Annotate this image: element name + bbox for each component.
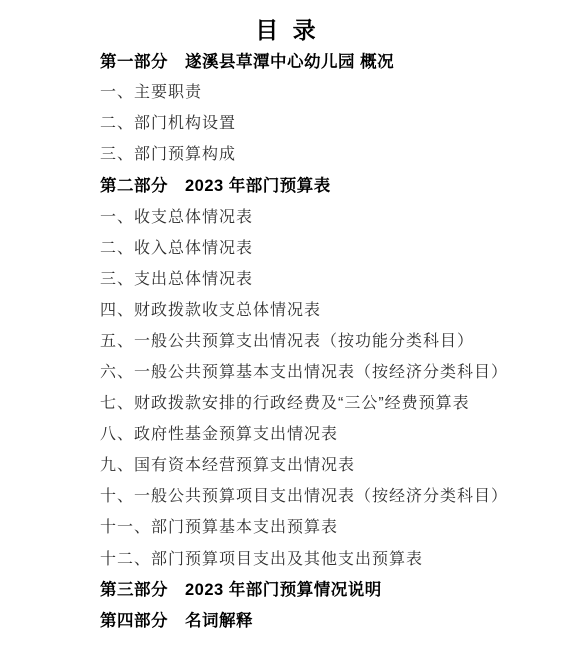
toc-item: 二、收入总体情况表: [100, 231, 555, 262]
toc-item: 十、一般公共预算项目支出情况表（按经济分类科目）: [100, 479, 555, 510]
toc-section-header: 第四部分 名词解释: [100, 604, 555, 635]
toc-item: 七、财政拨款安排的行政经费及“三公”经费预算表: [100, 386, 555, 417]
toc-item: 三、部门预算构成: [100, 137, 555, 168]
toc-item: 十二、部门预算项目支出及其他支出预算表: [100, 542, 555, 573]
toc-item: 三、支出总体情况表: [100, 262, 555, 293]
toc-item: 一、收支总体情况表: [100, 199, 555, 230]
toc-section-header: 第一部分 遂溪县草潭中心幼儿园 概况: [100, 44, 555, 75]
toc-section-header: 第三部分 2023 年部门预算情况说明: [100, 573, 555, 604]
toc-item: 六、一般公共预算基本支出情况表（按经济分类科目）: [100, 355, 555, 386]
toc-item: 五、一般公共预算支出情况表（按功能分类科目）: [100, 324, 555, 355]
document-page: 目 录 第一部分 遂溪县草潭中心幼儿园 概况一、主要职责二、部门机构设置三、部门…: [0, 0, 575, 648]
toc-item: 十一、部门预算基本支出预算表: [100, 510, 555, 541]
toc-item: 一、主要职责: [100, 75, 555, 106]
toc-item: 二、部门机构设置: [100, 106, 555, 137]
toc-section-header: 第二部分 2023 年部门预算表: [100, 168, 555, 199]
toc-item: 九、国有资本经营预算支出情况表: [100, 448, 555, 479]
toc-list: 第一部分 遂溪县草潭中心幼儿园 概况一、主要职责二、部门机构设置三、部门预算构成…: [100, 44, 555, 635]
page-title: 目 录: [0, 12, 575, 45]
toc-item: 八、政府性基金预算支出情况表: [100, 417, 555, 448]
toc-item: 四、财政拨款收支总体情况表: [100, 293, 555, 324]
